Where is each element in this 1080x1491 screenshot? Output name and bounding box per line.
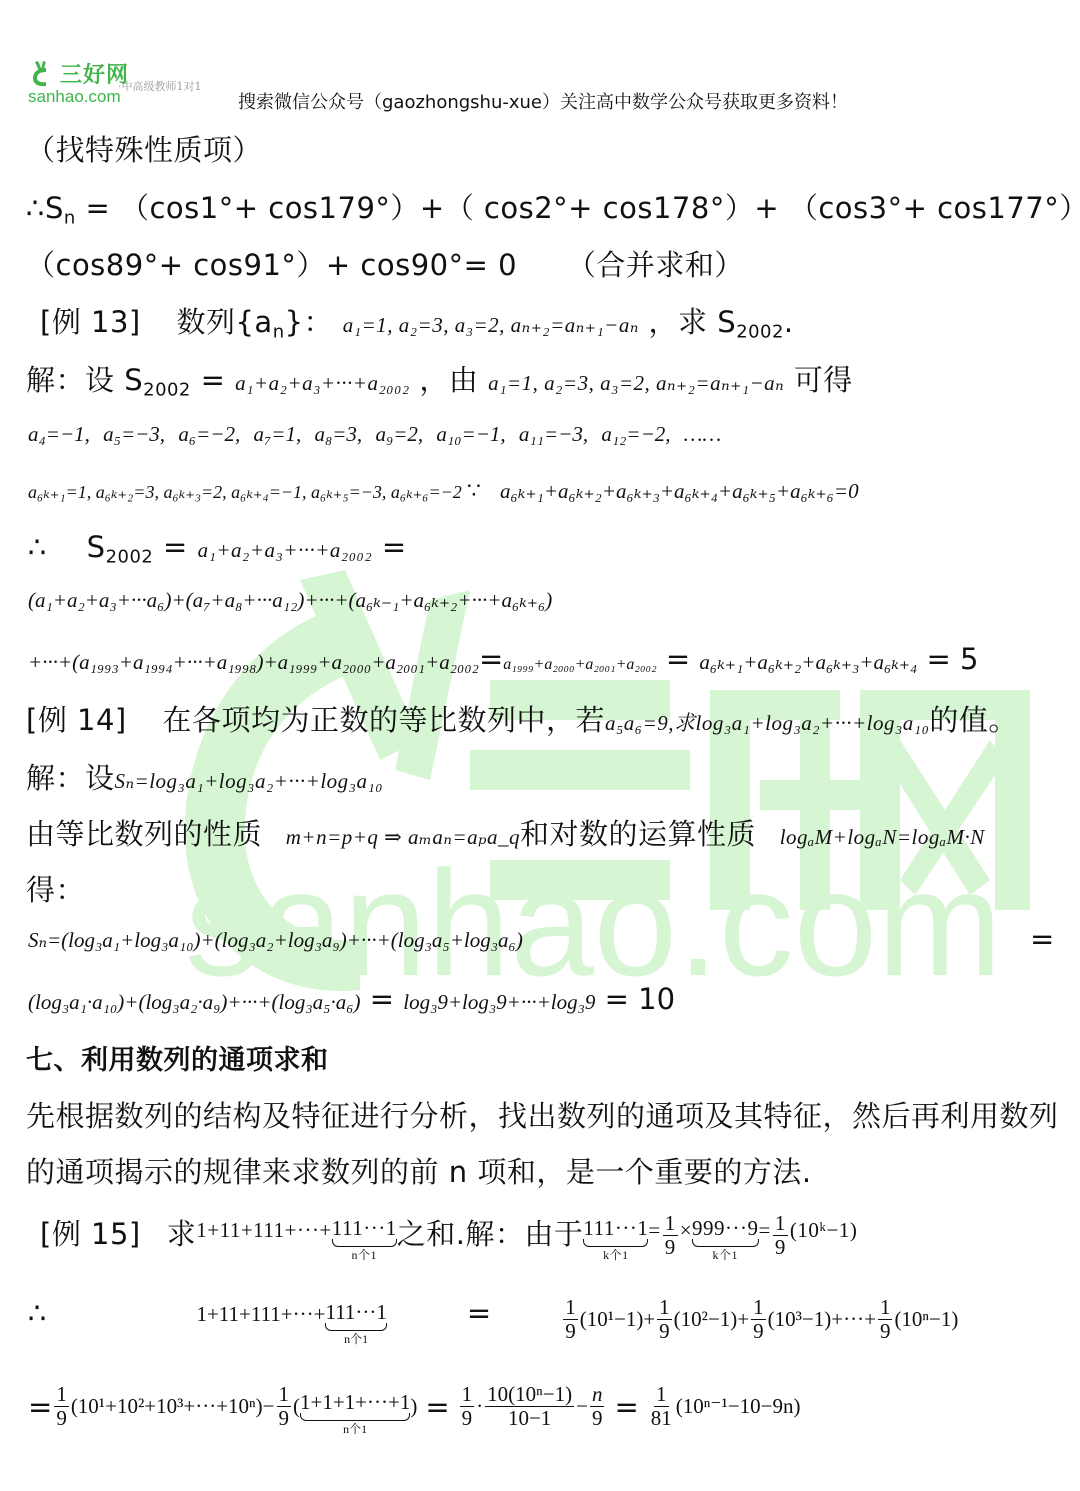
ex13-label: [例 13] — [40, 305, 141, 339]
sanhao-logo: 三好网 sanhao.com — [28, 58, 129, 107]
ex14-line-2: (log₃a₁·a₁₀)+(log₃a₂·a₉)+···+(log₃a₅·a₆)… — [28, 982, 675, 1016]
ex14-line-1-eq: = — [1030, 922, 1054, 956]
sprout-logo-icon — [28, 59, 58, 89]
ex14-properties: 由等比数列的性质 m+n=p+q ⇒ aₘaₙ=aₚa_q和对数的运算性质 lo… — [26, 812, 985, 853]
ex14-solution-setup: 解：设Sₙ=log₃a₁+log₃a₂+···+log₃a₁₀ — [26, 756, 383, 797]
repunit-n-brace-2: 111···1 n个1 — [325, 1302, 386, 1345]
ex14-answer: = 10 — [595, 982, 675, 1016]
ex14-label: [例 14] — [26, 703, 127, 737]
repunit-n-brace: 111···1 n个1 — [332, 1218, 397, 1261]
note-special-term: （找特殊性质项） — [26, 128, 262, 169]
ex13-term-list: a₄=−1, a₅=−3, a₆=−2, a₇=1, a₈=3, a₉=2, a… — [28, 422, 721, 447]
ex15-answer: (10ⁿ⁻¹−10−9n) — [676, 1394, 801, 1419]
ex14-de: 得： — [26, 868, 85, 909]
ex15-stem: [例 15] 求 1+11+111+···+ 111···1 n个1 之和.解：… — [40, 1212, 857, 1261]
ex14-line-1: Sₙ=(log₃a₁+log₃a₁₀)+(log₃a₂+log₃a₉)+···+… — [28, 928, 523, 953]
wechat-notice: 搜索微信公众号（gaozhongshu-xue）关注高中数学公众号获取更多资料！ — [238, 88, 848, 114]
logo-url: sanhao.com — [28, 87, 129, 107]
section-7-paragraph-line-2: 的通项揭示的规律来求数列的前 n 项和，是一个重要的方法. — [26, 1150, 812, 1191]
ex15-label: [例 15] — [40, 1212, 141, 1253]
nines-k-brace: 999···9 k个1 — [692, 1218, 758, 1261]
ones-n-brace: 1+1+1+···+1 n个1 — [300, 1392, 410, 1435]
ex15-final-line: = 19 (10¹+10²+10³+···+10ⁿ)− 19 ( 1+1+1+·… — [28, 1378, 800, 1435]
ex13-recurrence: a₁=1, a₂=3, a₃=2, aₙ₊₂=aₙ₊₁−aₙ — [343, 313, 639, 337]
ex13-s2002-line: ∴ S2002 = a₁+a₂+a₃+···+a₂₀₀₂ = — [28, 530, 407, 567]
logo-tagline: ·中高级教师1对1 — [118, 78, 202, 94]
repunit-k-brace: 111···1 k个1 — [583, 1218, 648, 1261]
ex14-stem: [例 14] 在各项均为正数的等比数列中，若a₅a₆=9,求log₃a₁+log… — [26, 698, 1018, 739]
section-7-heading: 七、利用数列的通项求和 — [26, 1038, 329, 1077]
ex13-grouping-line: (a₁+a₂+a₃+···a₆)+(a₇+a₈+···a₁₂)+···+(a₆ₖ… — [28, 588, 552, 613]
ex13-period-line: a₆ₖ₊₁=1, a₆ₖ₊₂=3, a₆ₖ₊₃=2, a₆ₖ₊₄=−1, a₆ₖ… — [28, 478, 859, 504]
ex13-answer: = 5 — [917, 642, 978, 676]
ex13-solution-setup: 解：设 S2002 = a₁+a₂+a₃+···+a₂₀₀₂ ，由 a₁=1, … — [26, 358, 853, 400]
ex13-stem: [例 13] 数列{an}： a₁=1, a₂=3, a₃=2, aₙ₊₂=aₙ… — [40, 300, 794, 342]
ex13-final-line: +···+(a₁₉₉₃+a₁₉₉₄+···+a₁₉₉₈)+a₁₉₉₉+a₂₀₀₀… — [28, 642, 979, 676]
merge-sum-note: （合并求和） — [567, 248, 744, 282]
ex12-sum-line-2: （cos89°+ cos91°）+ cos90°= 0 （合并求和） — [26, 243, 744, 284]
ex15-expansion-line: ∴ 1+11+111+···+ 111···1 n个1 = 19(10¹−1)+… — [28, 1296, 1068, 1345]
section-7-paragraph-line-1: 先根据数列的结构及特征进行分析，找出数列的通项及其特征，然后再利用数列 — [26, 1094, 1059, 1135]
ex12-sum-line-1: ∴Sn = （cos1°+ cos179°）+（ cos2°+ cos178°）… — [26, 186, 1080, 228]
